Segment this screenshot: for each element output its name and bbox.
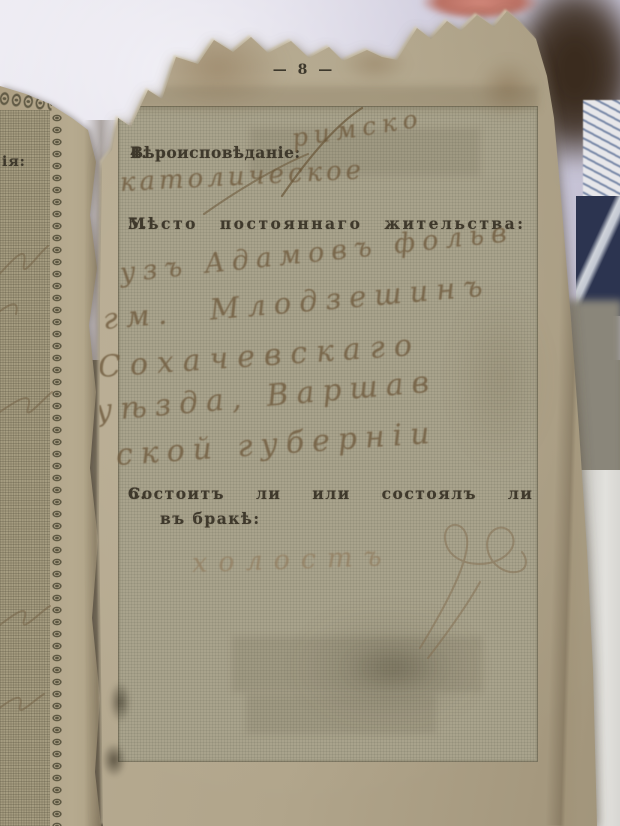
item-6-label-line2: въ бракѣ: [160,509,261,528]
right-page: — 8 — 4. Вѣроисповѣданіе: 5. Мѣсто посто… [0,0,620,826]
ghost-imprint [232,636,482,692]
item-6-title: Состоитъ ли или состоялъ ли [128,484,533,503]
ghost-imprint [246,694,436,734]
right-page-wrap: — 8 — 4. Вѣроисповѣданіе: 5. Мѣсто посто… [0,0,620,826]
page-number: — 8 — [118,62,490,78]
page-fold-crease [545,60,600,826]
photo-of-document: ія: [0,0,620,826]
